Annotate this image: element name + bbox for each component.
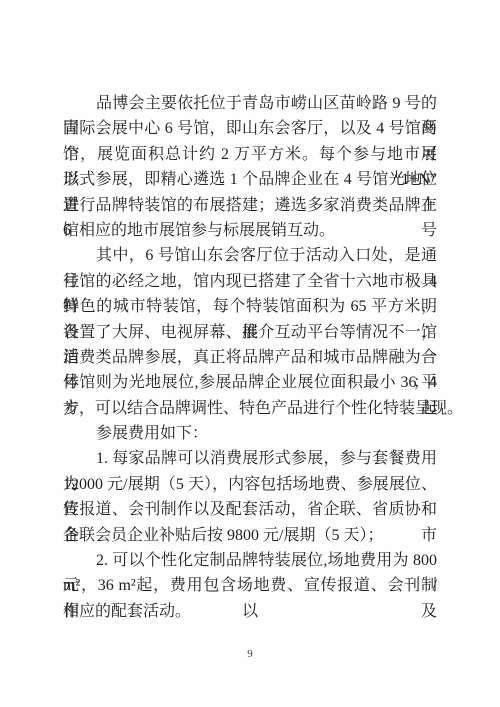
text-line: 参展费用如下： <box>63 421 437 446</box>
text-line: 形式参展，即精心遴选 1 个品牌企业在 4 号馆光地位置上 <box>63 167 437 192</box>
text-line: 其中，6 号馆山东会客厅位于活动入口处，是通往 4 <box>63 243 437 268</box>
document-page: 品博会主要依托位于青岛市崂山区苗岭路 9 号的青岛 国际会展中心 6 号馆，即山… <box>0 0 500 707</box>
text-line: 馆，展览面积总计约 2 万平方米。每个参与地市可以“1+N” <box>63 142 437 167</box>
text-line: 品博会主要依托位于青岛市崂山区苗岭路 9 号的青岛 <box>63 91 437 116</box>
page-number: 9 <box>0 648 500 660</box>
text-line: 企联会员企业补贴后按 9800 元/展期（5 天）； <box>63 523 437 548</box>
text-line: m²，36 m²起，费用包含场地费、宣传报道、会刊制作以及 <box>63 573 437 598</box>
text-line: 消费类品牌参展，真正将品牌产品和城市品牌融为一体；4 <box>63 345 437 370</box>
text-line: 步，可以结合品牌调性、特色产品进行个性化特装呈现。 <box>63 396 437 421</box>
text-line: 特色的城市特装馆，每个特装馆面积为 65 平方米，各展馆 <box>63 294 437 319</box>
text-line: 2. 可以个性化定制品牌特装展位,场地费用为 800 元/ <box>63 548 437 573</box>
text-line: 传报道、会刊制作以及配套活动，省企联、省质协和各市 <box>63 497 437 522</box>
text-line: 号馆则为光地展位,参展品牌企业展位面积最小 36 平方起 <box>63 370 437 395</box>
text-block: 品博会主要依托位于青岛市崂山区苗岭路 9 号的青岛 国际会展中心 6 号馆，即山… <box>63 91 437 624</box>
text-line: 12000 元/展期（5 天），内容包括场地费、参展展位、宣 <box>63 472 437 497</box>
text-line: 国际会展中心 6 号馆，即山东会客厅，以及 4 号馆两个展 <box>63 116 437 141</box>
text-line: 设置了大屏、电视屏幕、推介互动平台等情况不一，适合 <box>63 320 437 345</box>
text-line: 号馆的必经之地，馆内现已搭建了全省十六地市极具鲜明 <box>63 269 437 294</box>
text-line: 1. 每家品牌可以消费展形式参展，参与套餐费用为 <box>63 446 437 471</box>
text-line: 进行品牌特装馆的布展搭建；遴选多家消费类品牌在 6 号 <box>63 193 437 218</box>
